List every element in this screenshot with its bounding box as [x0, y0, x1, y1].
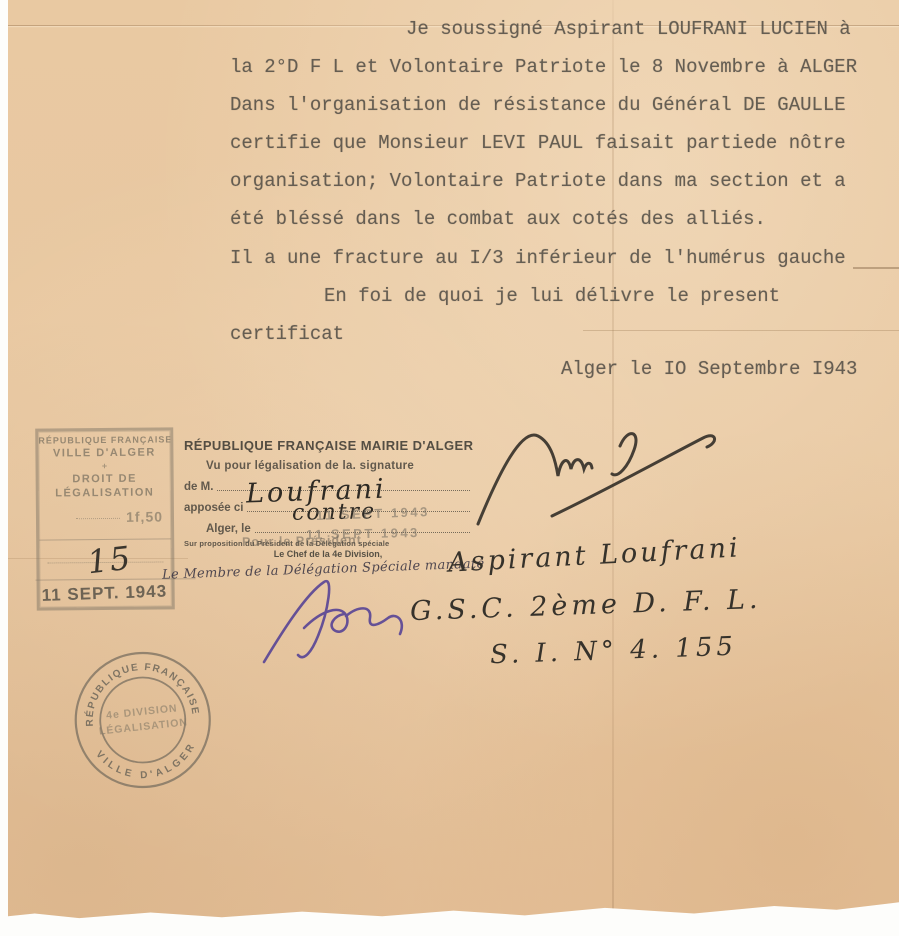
- typed-line-9: certificat: [230, 323, 344, 345]
- typed-line-1: Je soussigné Aspirant LOUFRANI LUCIEN à: [406, 18, 851, 40]
- typed-line-7: Il a une fracture au I/3 inférieur de l'…: [230, 247, 846, 269]
- tax-stamp-separator: +: [38, 460, 170, 471]
- typed-line-8: En foi de quoi je lui délivre le present: [324, 285, 780, 307]
- round-seal-stamp: RÉPUBLIQUE FRANÇAISE VILLE D'ALGER 4e DI…: [60, 638, 225, 808]
- tax-stamp-date: 11 SEPT. 1943: [41, 580, 222, 606]
- mairie-stamp-title: RÉPUBLIQUE FRANÇAISE MAIRIE D'ALGER: [184, 438, 472, 453]
- typed-line-3: Dans l'organisation de résistance du Gén…: [230, 94, 846, 116]
- pour-le-president-overprint: Pour le Président: [242, 533, 362, 549]
- typed-line-2: la 2°D F L et Volontaire Patriote le 8 N…: [230, 56, 857, 78]
- tax-stamp-legalisation: LÉGALISATION: [39, 486, 171, 499]
- tax-stamp-ville: VILLE D'ALGER: [38, 446, 170, 459]
- loufrani-signature: [460, 412, 730, 532]
- handwritten-unit-line: G.S.C. 2ème D. F. L.: [410, 584, 762, 627]
- handwritten-si-number-line: S. I. N° 4. 155: [490, 632, 738, 671]
- typed-line-6: été bléssé dans le combat aux cotés des …: [230, 208, 766, 230]
- fold-crease-horizontal-mid: [583, 330, 899, 331]
- tax-stamp-fee: 1f,50: [39, 508, 171, 525]
- mairie-legalization-stamp: RÉPUBLIQUE FRANÇAISE MAIRIE D'ALGER Vu p…: [184, 438, 472, 559]
- handwritten-aspirant-line: Aspirant Loufrani: [447, 532, 741, 578]
- dotted-rule: [76, 518, 120, 519]
- theuret-signature: [254, 572, 424, 667]
- paper-sheet: Je soussigné Aspirant LOUFRANI LUCIEN à …: [8, 0, 899, 934]
- date-overstamp-1: 11 SEPT 1943: [316, 504, 430, 523]
- typed-line-4: certifie que Monsieur LEVI PAUL faisait …: [230, 132, 846, 154]
- tax-stamp-republique: RÉPUBLIQUE FRANÇAISE: [38, 434, 170, 445]
- tax-stamp-droit: DROIT DE: [39, 472, 171, 485]
- mairie-stamp-line1: Vu pour légalisation de la. signature: [206, 460, 472, 472]
- handwritten-tax-value: 15: [85, 539, 134, 582]
- tax-stamp-box: RÉPUBLIQUE FRANÇAISE VILLE D'ALGER + DRO…: [35, 427, 175, 610]
- edge-crease-mark: [853, 267, 899, 269]
- typed-line-5: organisation; Volontaire Patriote dans m…: [230, 170, 846, 192]
- typed-date-line: Alger le IO Septembre I943: [561, 358, 857, 380]
